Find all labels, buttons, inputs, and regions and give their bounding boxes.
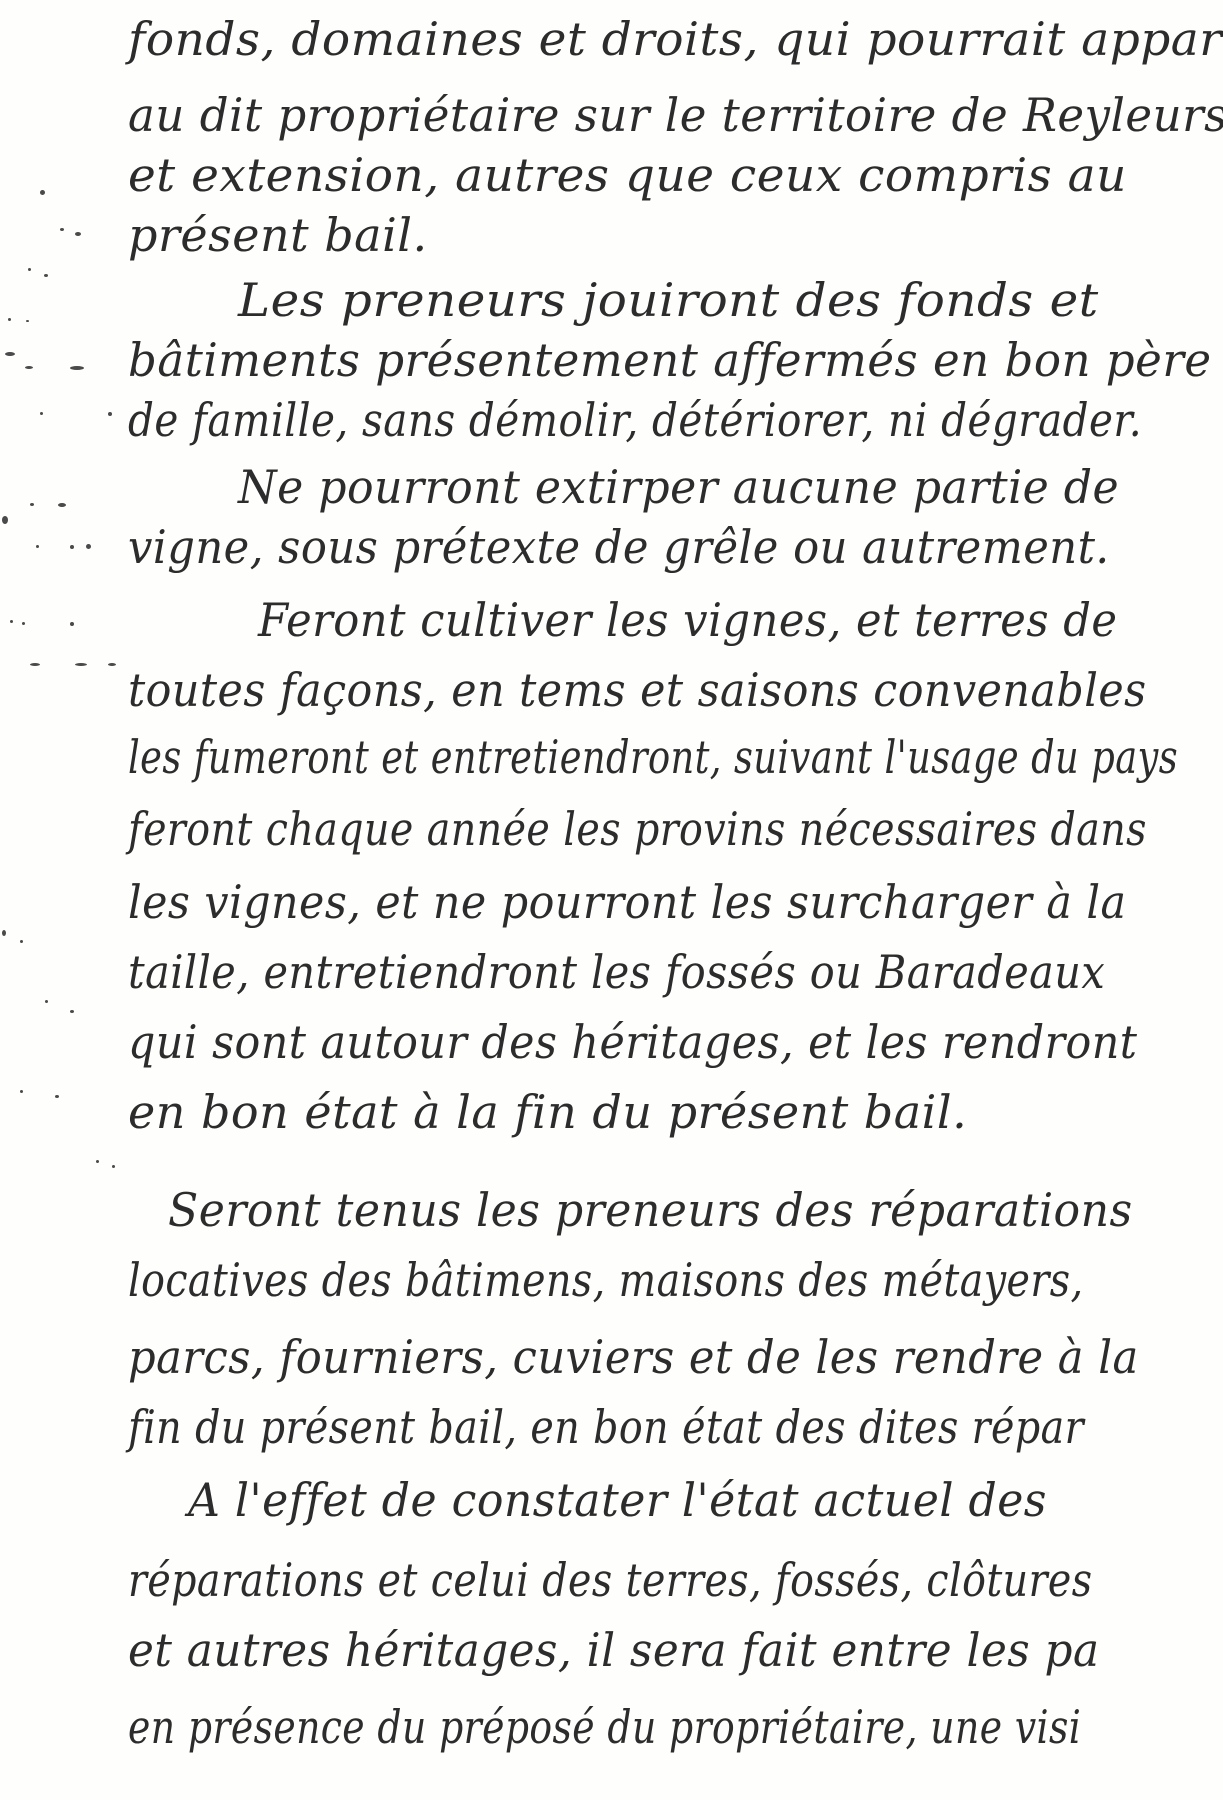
manuscript-line-8: Ne pourront extirper aucune partie de bbox=[238, 460, 1119, 514]
manuscript-line-6: bâtiments présentement affermés en bon p… bbox=[128, 333, 1212, 387]
manuscript-line-16: qui sont autour des héritages, et les re… bbox=[128, 1015, 1137, 1069]
manuscript-line-4: présent bail. bbox=[128, 208, 428, 262]
manuscript-line-2: au dit propriétaire sur le territoire de… bbox=[128, 88, 1223, 142]
manuscript-line-19: locatives des bâtimens, maisons des méta… bbox=[128, 1253, 1083, 1307]
manuscript-line-20: parcs, fourniers, cuviers et de les rend… bbox=[128, 1330, 1139, 1384]
manuscript-line-1: fonds, domaines et droits, qui pourrait … bbox=[128, 12, 1223, 66]
manuscript-line-15: taille, entretiendront les fossés ou Bar… bbox=[128, 945, 1105, 999]
manuscript-line-22: A l'effet de constater l'état actuel des bbox=[188, 1473, 1047, 1527]
manuscript-line-13: feront chaque année les provins nécessai… bbox=[128, 802, 1147, 856]
manuscript-line-10: Feront cultiver les vignes, et terres de bbox=[258, 593, 1117, 647]
manuscript-line-18: Seront tenus les preneurs des réparation… bbox=[168, 1183, 1133, 1237]
manuscript-line-25: en présence du préposé du propriétaire, … bbox=[128, 1700, 1081, 1754]
manuscript-line-7: de famille, sans démolir, détériorer, ni… bbox=[128, 393, 1142, 447]
manuscript-line-11: toutes façons, en tems et saisons conven… bbox=[128, 663, 1147, 717]
manuscript-line-12: les fumeront et entretiendront, suivant … bbox=[128, 730, 1178, 784]
manuscript-line-9: vigne, sous prétexte de grêle ou autreme… bbox=[128, 520, 1110, 574]
manuscript-line-17: en bon état à la fin du présent bail. bbox=[128, 1085, 967, 1139]
manuscript-line-14: les vignes, et ne pourront les surcharge… bbox=[128, 875, 1126, 929]
manuscript-line-5: Les preneurs jouiront des fonds et bbox=[238, 273, 1099, 327]
manuscript-page: fonds, domaines et droits, qui pourrait … bbox=[0, 0, 1223, 1800]
manuscript-line-21: fin du présent bail, en bon état des dit… bbox=[128, 1400, 1084, 1454]
manuscript-line-3: et extension, autres que ceux compris au bbox=[128, 148, 1127, 202]
manuscript-line-24: et autres héritages, il sera fait entre … bbox=[128, 1623, 1100, 1677]
manuscript-line-23: réparations et celui des terres, fossés,… bbox=[128, 1553, 1092, 1607]
